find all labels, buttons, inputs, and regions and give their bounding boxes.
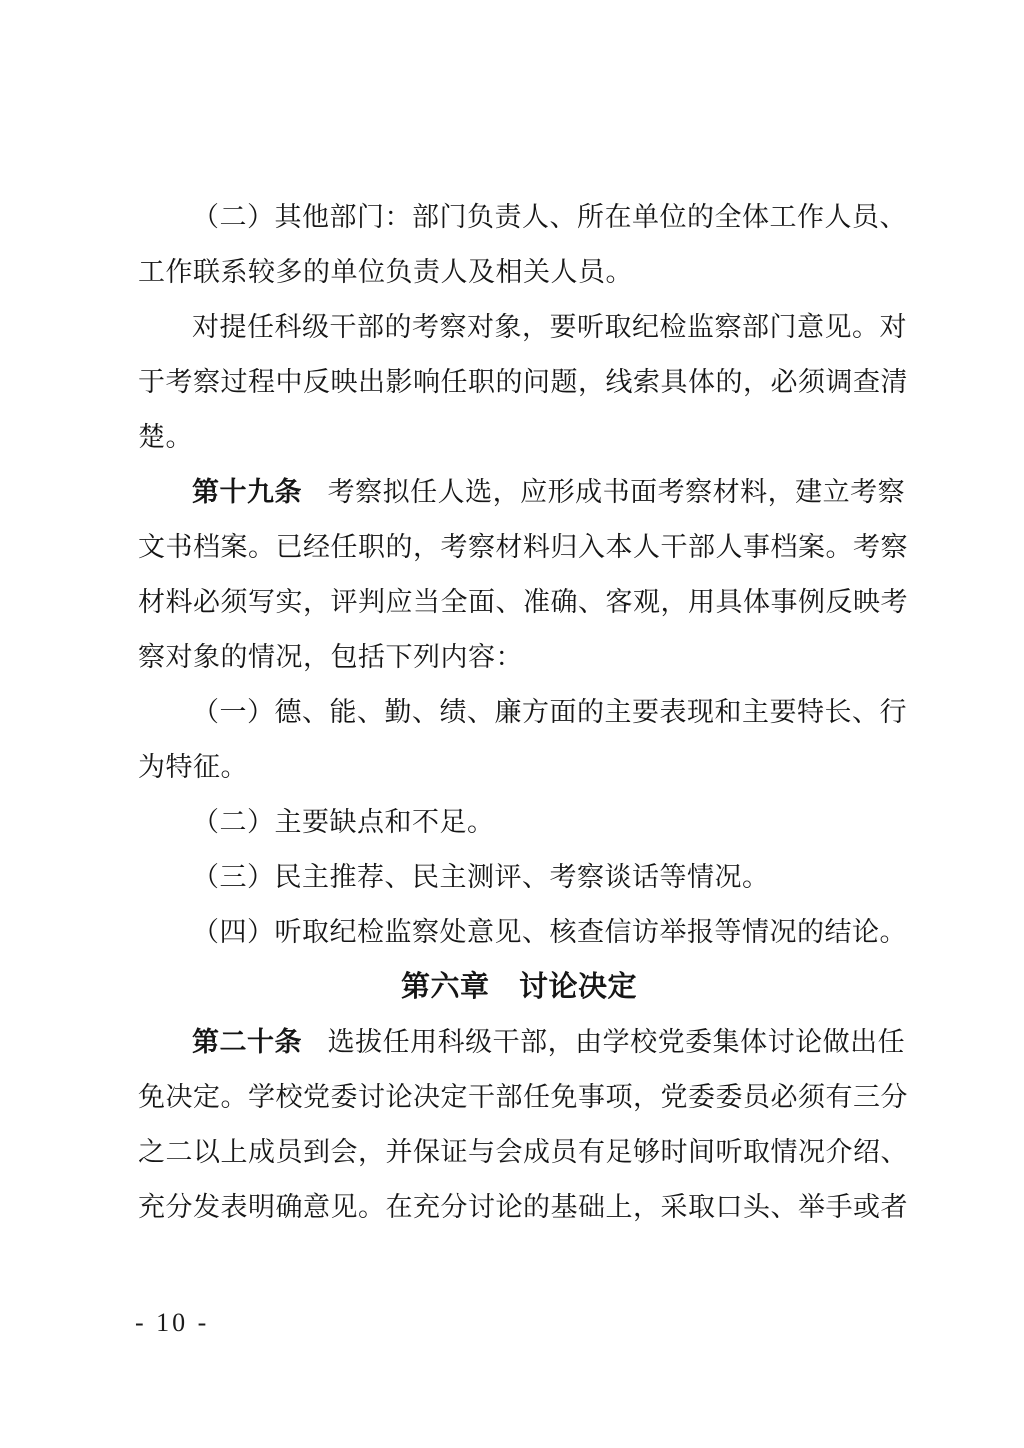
paragraph-line: 工作联系较多的单位负责人及相关人员。 — [138, 245, 900, 300]
paragraph-line: 对提任科级干部的考察对象，要听取纪检监察部门意见。对 — [138, 300, 900, 355]
list-item-line: （二）主要缺点和不足。 — [138, 795, 900, 850]
paragraph-line: 楚。 — [138, 410, 900, 465]
document-page: （二）其他部门：部门负责人、所在单位的全体工作人员、 工作联系较多的单位负责人及… — [0, 0, 1024, 1448]
page-number: - 10 - — [135, 1305, 209, 1341]
article-number: 第十九条 — [192, 477, 302, 507]
paragraph-line: 为特征。 — [138, 740, 900, 795]
list-item-line: （一）德、能、勤、绩、廉方面的主要表现和主要特长、行 — [138, 685, 900, 740]
paragraph-text: 选拔任用科级干部，由学校党委集体讨论做出任 — [302, 1027, 905, 1057]
article-number: 第二十条 — [192, 1027, 302, 1057]
paragraph-text: 考察拟任人选，应形成书面考察材料，建立考察 — [302, 477, 905, 507]
paragraph-line-article-19: 第十九条考察拟任人选，应形成书面考察材料，建立考察 — [138, 465, 900, 520]
paragraph-line: 文书档案。已经任职的，考察材料归入本人干部人事档案。考察 — [138, 520, 900, 575]
paragraph-line-article-20: 第二十条选拔任用科级干部，由学校党委集体讨论做出任 — [138, 1015, 900, 1070]
paragraph-line: 材料必须写实，评判应当全面、准确、客观，用具体事例反映考 — [138, 575, 900, 630]
paragraph-line: （二）其他部门：部门负责人、所在单位的全体工作人员、 — [138, 190, 900, 245]
paragraph-line: 之二以上成员到会，并保证与会成员有足够时间听取情况介绍、 — [138, 1125, 900, 1180]
list-item-line: （四）听取纪检监察处意见、核查信访举报等情况的结论。 — [138, 905, 900, 960]
paragraph-line: 于考察过程中反映出影响任职的问题，线索具体的，必须调查清 — [138, 355, 900, 410]
chapter-heading: 第六章 讨论决定 — [138, 960, 900, 1015]
paragraph-line: 充分发表明确意见。在充分讨论的基础上，采取口头、举手或者 — [138, 1180, 900, 1235]
list-item-line: （三）民主推荐、民主测评、考察谈话等情况。 — [138, 850, 900, 905]
paragraph-line: 免决定。学校党委讨论决定干部任免事项，党委委员必须有三分 — [138, 1070, 900, 1125]
document-body: （二）其他部门：部门负责人、所在单位的全体工作人员、 工作联系较多的单位负责人及… — [138, 190, 900, 1235]
paragraph-line: 察对象的情况，包括下列内容： — [138, 630, 900, 685]
